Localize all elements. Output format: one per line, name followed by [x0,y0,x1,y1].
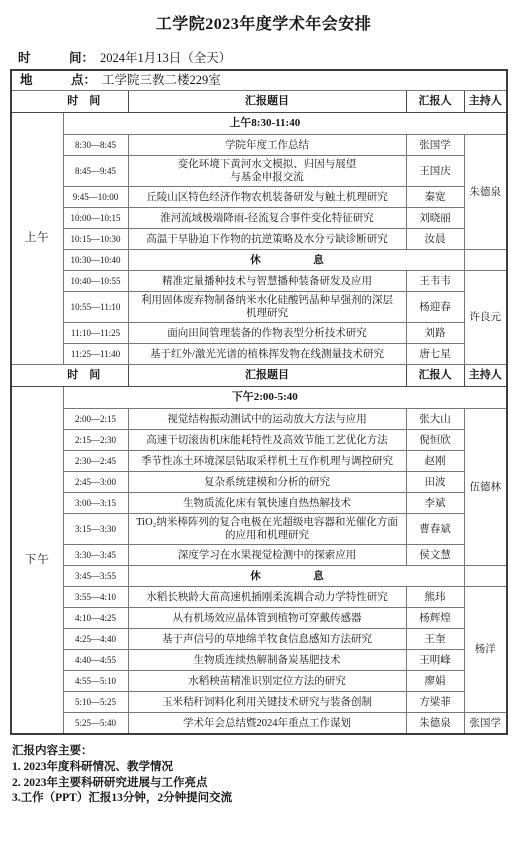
moderator-cell: 张国学 [464,713,507,735]
time-cell: 10:30—10:40 [63,250,128,271]
topic-cell: 淮河流域极端降雨-径流复合事件变化特征研究 [128,208,406,229]
time-cell: 3:00—3:15 [63,493,128,514]
topic-cell: 基于红外/激光光谱的植株挥发物在线测量技术研究 [128,344,406,365]
time-cell: 4:10—4:25 [63,608,128,629]
presenter-cell: 侯文慧 [406,545,464,566]
table-row: 3:30—3:45 深度学习在水果视觉检测中的探索应用 侯文慧 [11,545,507,566]
notes-item: 1. 2023年度科研情况、教学情况 [12,760,527,776]
presenter-cell: 王奎 [406,629,464,650]
location-cell: 地点：工学院三教二楼229室 [11,70,507,91]
time-cell: 4:25—4:40 [63,629,128,650]
moderator-cell: 许良元 [464,271,507,365]
presenter-cell: 田波 [406,472,464,493]
table-row: 4:10—4:25 从有机场效应晶体管到植物可穿戴传感器 杨辉煌 [11,608,507,629]
break-cell: 休 息 [128,250,464,271]
time-cell: 3:55—4:10 [63,587,128,608]
time-cell: 5:10—5:25 [63,692,128,713]
empty-moderator-cell [464,566,507,587]
header-topic: 汇报题目 [128,91,406,113]
time-cell: 2:45—3:00 [63,472,128,493]
time-cell: 4:55—5:10 [63,671,128,692]
notes-item: 2. 2023年主要科研研究进展与工作亮点 [12,776,527,792]
time-label: 时间： [18,48,94,66]
notes-item: 3.工作（PPT）汇报13分钟，2分钟提问交流 [12,791,527,807]
presenter-cell: 廖娟 [406,671,464,692]
time-cell: 8:30—8:45 [63,135,128,156]
presenter-cell: 刘路 [406,323,464,344]
empty-moderator-cell [464,250,507,271]
table-row: 11:25—11:40 基于红外/激光光谱的植株挥发物在线测量技术研究 唐七星 [11,344,507,365]
time-cell: 5:25—5:40 [63,713,128,735]
topic-cell: 玉米秸秆饲料化利用关键技术研究与装备创制 [128,692,406,713]
time-cell: 3:30—3:45 [63,545,128,566]
topic-cell: 视觉结构振动测试中的运动放大方法与应用 [128,409,406,430]
table-header-row: 时 间 汇报题目 汇报人 主持人 [11,91,507,113]
presenter-cell: 曹春斌 [406,514,464,545]
period-cell-am: 上午 [11,113,63,365]
page-title: 工学院2023年度学术年会安排 [0,0,527,34]
time-cell: 9:45—10:00 [63,187,128,208]
topic-cell: 生物质连续热解制备炭基肥技术 [128,650,406,671]
header-moderator: 主持人 [464,91,507,113]
presenter-cell: 王韦韦 [406,271,464,292]
moderator-cell: 朱德泉 [464,135,507,250]
topic-cell: 复杂系统建模和分析的研究 [128,472,406,493]
place-label-a: 地 [20,73,33,88]
session-header-row: 上午 上午8:30-11:40 [11,113,507,135]
table-row: 10:15—10:30 高温干旱胁迫下作物的抗逆策略及水分亏缺诊断研究 汝晨 [11,229,507,250]
table-header-row: 时 间 汇报题目 汇报人 主持人 [11,365,507,387]
presenter-cell: 张大山 [406,409,464,430]
session-header-am: 上午8:30-11:40 [63,113,507,135]
table-row: 4:25—4:40 基于声信号的草地绵羊牧食信息感知方法研究 王奎 [11,629,507,650]
presenter-cell: 熊玮 [406,587,464,608]
topic-cell: 精准定量播种技术与智慧播种装备研发及应用 [128,271,406,292]
presenter-cell: 秦宽 [406,187,464,208]
presenter-cell: 朱德泉 [406,713,464,735]
time-cell: 10:55—11:10 [63,292,128,323]
presenter-cell: 王国庆 [406,156,464,187]
topic-cell: 季节性冻土环境深层钻取采样机土互作机理与调控研究 [128,451,406,472]
table-row: 2:45—3:00 复杂系统建模和分析的研究 田波 [11,472,507,493]
table-row: 5:25—5:40 学术年会总结暨2024年重点工作谋划 朱德泉 张国学 [11,713,507,735]
presenter-cell: 杨辉煌 [406,608,464,629]
table-row: 2:00—2:15 视觉结构振动测试中的运动放大方法与应用 张大山 伍德林 [11,409,507,430]
topic-cell: 水稻秧苗精准识别定位方法的研究 [128,671,406,692]
table-row: 11:10—11:25 面向田间管理装备的作物表型分析技术研究 刘路 [11,323,507,344]
time-label-b: 间： [69,48,94,66]
topic-cell: 丘陵山区特色经济作物农机装备研发与触土机理研究 [128,187,406,208]
table-row: 2:15—2:30 高速干切滚齿机床能耗特性及高效节能工艺优化方法 倪恒欣 [11,430,507,451]
topic-cell: 基于声信号的草地绵羊牧食信息感知方法研究 [128,629,406,650]
table-row: 8:30—8:45 学院年度工作总结 张国学 朱德泉 [11,135,507,156]
presenter-cell: 方梁菲 [406,692,464,713]
notes-heading: 汇报内容主要： [12,744,527,760]
topic-cell: TiO₂纳米棒阵列的复合电极在光超级电容器和光催化方面 的应用和机理研究 [128,514,406,545]
topic-cell: 水稻长秧龄大苗高速机插刚柔流耦合动力学特性研究 [128,587,406,608]
header-presenter: 汇报人 [406,365,464,387]
presenter-cell: 倪恒欣 [406,430,464,451]
topic-cell: 利用固体废弃物制备纳米水化硅酸钙晶种早强剂的深层 机理研究 [128,292,406,323]
report-notes: 汇报内容主要： 1. 2023年度科研情况、教学情况 2. 2023年主要科研研… [12,744,527,807]
time-cell: 3:45—3:55 [63,566,128,587]
time-cell: 2:15—2:30 [63,430,128,451]
time-value: 2024年1月13日（全天） [100,48,231,66]
time-cell: 2:00—2:15 [63,409,128,430]
time-cell: 10:40—10:55 [63,271,128,292]
presenter-cell: 刘晓丽 [406,208,464,229]
topic-cell: 学术年会总结暨2024年重点工作谋划 [128,713,406,735]
topic-cell: 面向田间管理装备的作物表型分析技术研究 [128,323,406,344]
location-row: 地点：工学院三教二楼229室 [11,70,507,91]
time-row: 时间： 2024年1月13日（全天） [18,48,527,66]
time-cell: 8:45—9:45 [63,156,128,187]
time-cell: 11:10—11:25 [63,323,128,344]
table-row: 10:40—10:55 精准定量播种技术与智慧播种装备研发及应用 王韦韦 许良元 [11,271,507,292]
time-cell: 2:30—2:45 [63,451,128,472]
session-header-row: 下午 下午2:00-5:40 [11,387,507,409]
header-time: 时 间 [11,91,128,113]
period-cell-pm: 下午 [11,387,63,735]
time-cell: 10:00—10:15 [63,208,128,229]
table-row: 10:00—10:15 淮河流域极端降雨-径流复合事件变化特征研究 刘晓丽 [11,208,507,229]
time-cell: 4:40—4:55 [63,650,128,671]
moderator-cell: 杨洋 [464,587,507,713]
presenter-cell: 王明峰 [406,650,464,671]
time-cell: 11:25—11:40 [63,344,128,365]
place-value: 工学院三教二楼229室 [102,73,221,87]
table-row: 3:00—3:15 生物质流化床有氧快速自热热解技术 李斌 [11,493,507,514]
topic-cell: 学院年度工作总结 [128,135,406,156]
table-row: 2:30—2:45 季节性冻土环境深层钻取采样机土互作机理与调控研究 赵刚 [11,451,507,472]
topic-cell: 高速干切滚齿机床能耗特性及高效节能工艺优化方法 [128,430,406,451]
header-presenter: 汇报人 [406,91,464,113]
presenter-cell: 李斌 [406,493,464,514]
time-label-a: 时 [18,48,31,66]
table-row: 8:45—9:45 变化环境下黄河水文模拟、归因与展望 与基金申报交流 王国庆 [11,156,507,187]
table-row: 4:55—5:10 水稻秧苗精准识别定位方法的研究 廖娟 [11,671,507,692]
presenter-cell: 唐七星 [406,344,464,365]
place-label: 地点： [20,73,96,88]
topic-cell: 深度学习在水果视觉检测中的探索应用 [128,545,406,566]
header-moderator: 主持人 [464,365,507,387]
table-row: 3:15—3:30 TiO₂纳米棒阵列的复合电极在光超级电容器和光催化方面 的应… [11,514,507,545]
moderator-cell: 伍德林 [464,409,507,566]
presenter-cell: 张国学 [406,135,464,156]
session-header-pm: 下午2:00-5:40 [63,387,507,409]
break-row: 10:30—10:40 休 息 [11,250,507,271]
table-row: 3:55—4:10 水稻长秧龄大苗高速机插刚柔流耦合动力学特性研究 熊玮 杨洋 [11,587,507,608]
break-cell: 休 息 [128,566,464,587]
schedule-table: 地点：工学院三教二楼229室 时 间 汇报题目 汇报人 主持人 上午 上午8:3… [10,69,508,735]
presenter-cell: 杨迎春 [406,292,464,323]
topic-cell: 从有机场效应晶体管到植物可穿戴传感器 [128,608,406,629]
table-row: 4:40—4:55 生物质连续热解制备炭基肥技术 王明峰 [11,650,507,671]
topic-cell: 高温干旱胁迫下作物的抗逆策略及水分亏缺诊断研究 [128,229,406,250]
place-label-b: 点： [71,73,96,88]
time-cell: 3:15—3:30 [63,514,128,545]
presenter-cell: 赵刚 [406,451,464,472]
presenter-cell: 汝晨 [406,229,464,250]
table-row: 9:45—10:00 丘陵山区特色经济作物农机装备研发与触土机理研究 秦宽 [11,187,507,208]
topic-cell: 变化环境下黄河水文模拟、归因与展望 与基金申报交流 [128,156,406,187]
header-time: 时 间 [11,365,128,387]
topic-cell: 生物质流化床有氧快速自热热解技术 [128,493,406,514]
table-row: 5:10—5:25 玉米秸秆饲料化利用关键技术研究与装备创制 方梁菲 [11,692,507,713]
table-row: 10:55—11:10 利用固体废弃物制备纳米水化硅酸钙晶种早强剂的深层 机理研… [11,292,507,323]
break-row: 3:45—3:55 休 息 [11,566,507,587]
time-cell: 10:15—10:30 [63,229,128,250]
header-topic: 汇报题目 [128,365,406,387]
